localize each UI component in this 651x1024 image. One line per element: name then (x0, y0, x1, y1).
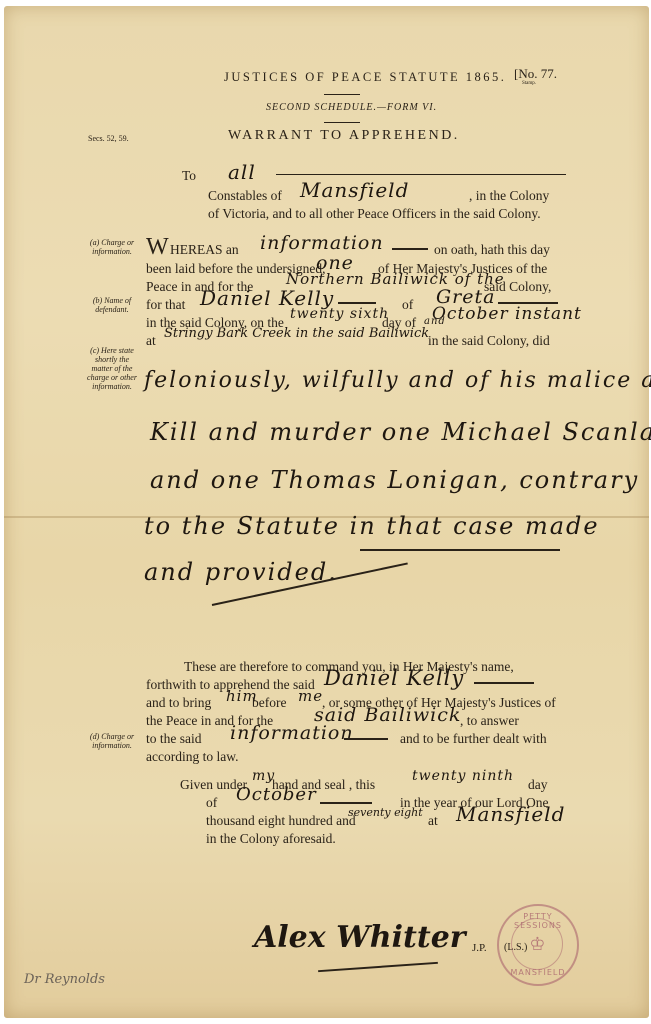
colony-suffix: , in the Colony (469, 188, 549, 204)
apprehend-name: Daniel Kelly (324, 666, 464, 690)
fill-line (338, 302, 376, 304)
fill-line (360, 549, 560, 551)
charge-line-5: and provided. (144, 558, 338, 586)
given-month: October (236, 784, 317, 805)
given-l2a: of (206, 795, 217, 811)
offence-place: Stringy Bark Creek in the said Bailiwick (164, 326, 429, 341)
fill-line (474, 682, 534, 684)
margin-note-c: (c) Here state shortly the matter of the… (86, 346, 138, 391)
margin-note-b: (b) Name of defendant. (86, 296, 138, 314)
whereas-l4a: for that (146, 297, 185, 313)
fill-line (392, 248, 428, 250)
charge-line-2: Kill and murder one Michael Scanlan (150, 418, 651, 446)
charge-line-3: and one Thomas Lonigan, contrary (150, 466, 639, 494)
command-l3a: and to bring (146, 695, 211, 711)
command-l4b: , to answer (460, 713, 519, 729)
petty-sessions-seal: PETTY SESSIONS ♔ MANSFIELD (497, 904, 579, 986)
rule (324, 122, 360, 123)
to-value: all (228, 160, 256, 184)
given-l4: in the Colony aforesaid. (206, 831, 336, 847)
given-l1c: day (528, 777, 548, 793)
sections-ref: Secs. 52, 59. (88, 134, 129, 143)
command-l5b: and to be further dealt with (400, 731, 547, 747)
crown-icon: ♔ (499, 934, 577, 955)
margin-note-a: (a) Charge or information. (86, 238, 138, 256)
answer-charge: information (230, 722, 354, 744)
seal-top-text: PETTY SESSIONS (499, 912, 577, 930)
drop-cap: W (146, 234, 169, 261)
fill-line (344, 738, 388, 740)
given-year: seventy eight (348, 806, 423, 819)
charge-line-1: feloniously, wilfully and of his malice … (144, 368, 651, 393)
offence-month: October instant (432, 304, 582, 324)
offence-day: twenty sixth (290, 306, 389, 322)
schedule-title: SECOND SCHEDULE.—FORM VI. (266, 102, 437, 113)
given-l3a: thousand eight hundred and (206, 813, 356, 829)
rule (324, 94, 360, 95)
whereas-l6b: in the said Colony, did (428, 333, 550, 349)
pencil-annotation: Dr Reynolds (24, 972, 105, 987)
fill-line (276, 174, 566, 175)
warrant-document: JUSTICES OF PEACE STATUTE 1865. [No. 77.… (4, 6, 649, 1018)
fill-line (320, 802, 372, 804)
document-title: WARRANT TO APPREHEND. (228, 128, 460, 144)
signature-flourish (318, 962, 438, 972)
to-label: To (182, 168, 196, 184)
justice-signature: Alex Whitter (254, 920, 466, 955)
jp-label: J.P. (472, 942, 487, 954)
given-day: twenty ninth (412, 768, 514, 784)
margin-note-d: (d) Charge or information. (86, 732, 138, 750)
charge-line-4: to the Statute in that case made (144, 512, 600, 540)
form-sub: Stamp. (522, 81, 536, 86)
seal-bottom-text: MANSFIELD (499, 968, 577, 977)
place-insert: and (424, 316, 446, 327)
form-number: [No. 77. (514, 66, 557, 82)
pronoun-me: me (298, 687, 323, 705)
command-l3b: before (252, 695, 286, 711)
whereas-l1-end: on oath, hath this day (434, 242, 550, 258)
given-l3b: at (428, 813, 438, 829)
whereas-lead: HEREAS an (170, 242, 239, 258)
charge-type: information (260, 232, 384, 254)
constable-value: Mansfield (300, 178, 409, 202)
command-l6: according to law. (146, 749, 238, 765)
whereas-l6a: at (146, 333, 156, 349)
given-place: Mansfield (456, 802, 565, 826)
command-l5a: to the said (146, 731, 202, 747)
address-line2: of Victoria, and to all other Peace Offi… (208, 206, 541, 222)
statute-title: JUSTICES OF PEACE STATUTE 1865. (224, 70, 506, 85)
whereas-l4-of: of (402, 297, 413, 313)
constable-label: Constables of (208, 188, 282, 204)
